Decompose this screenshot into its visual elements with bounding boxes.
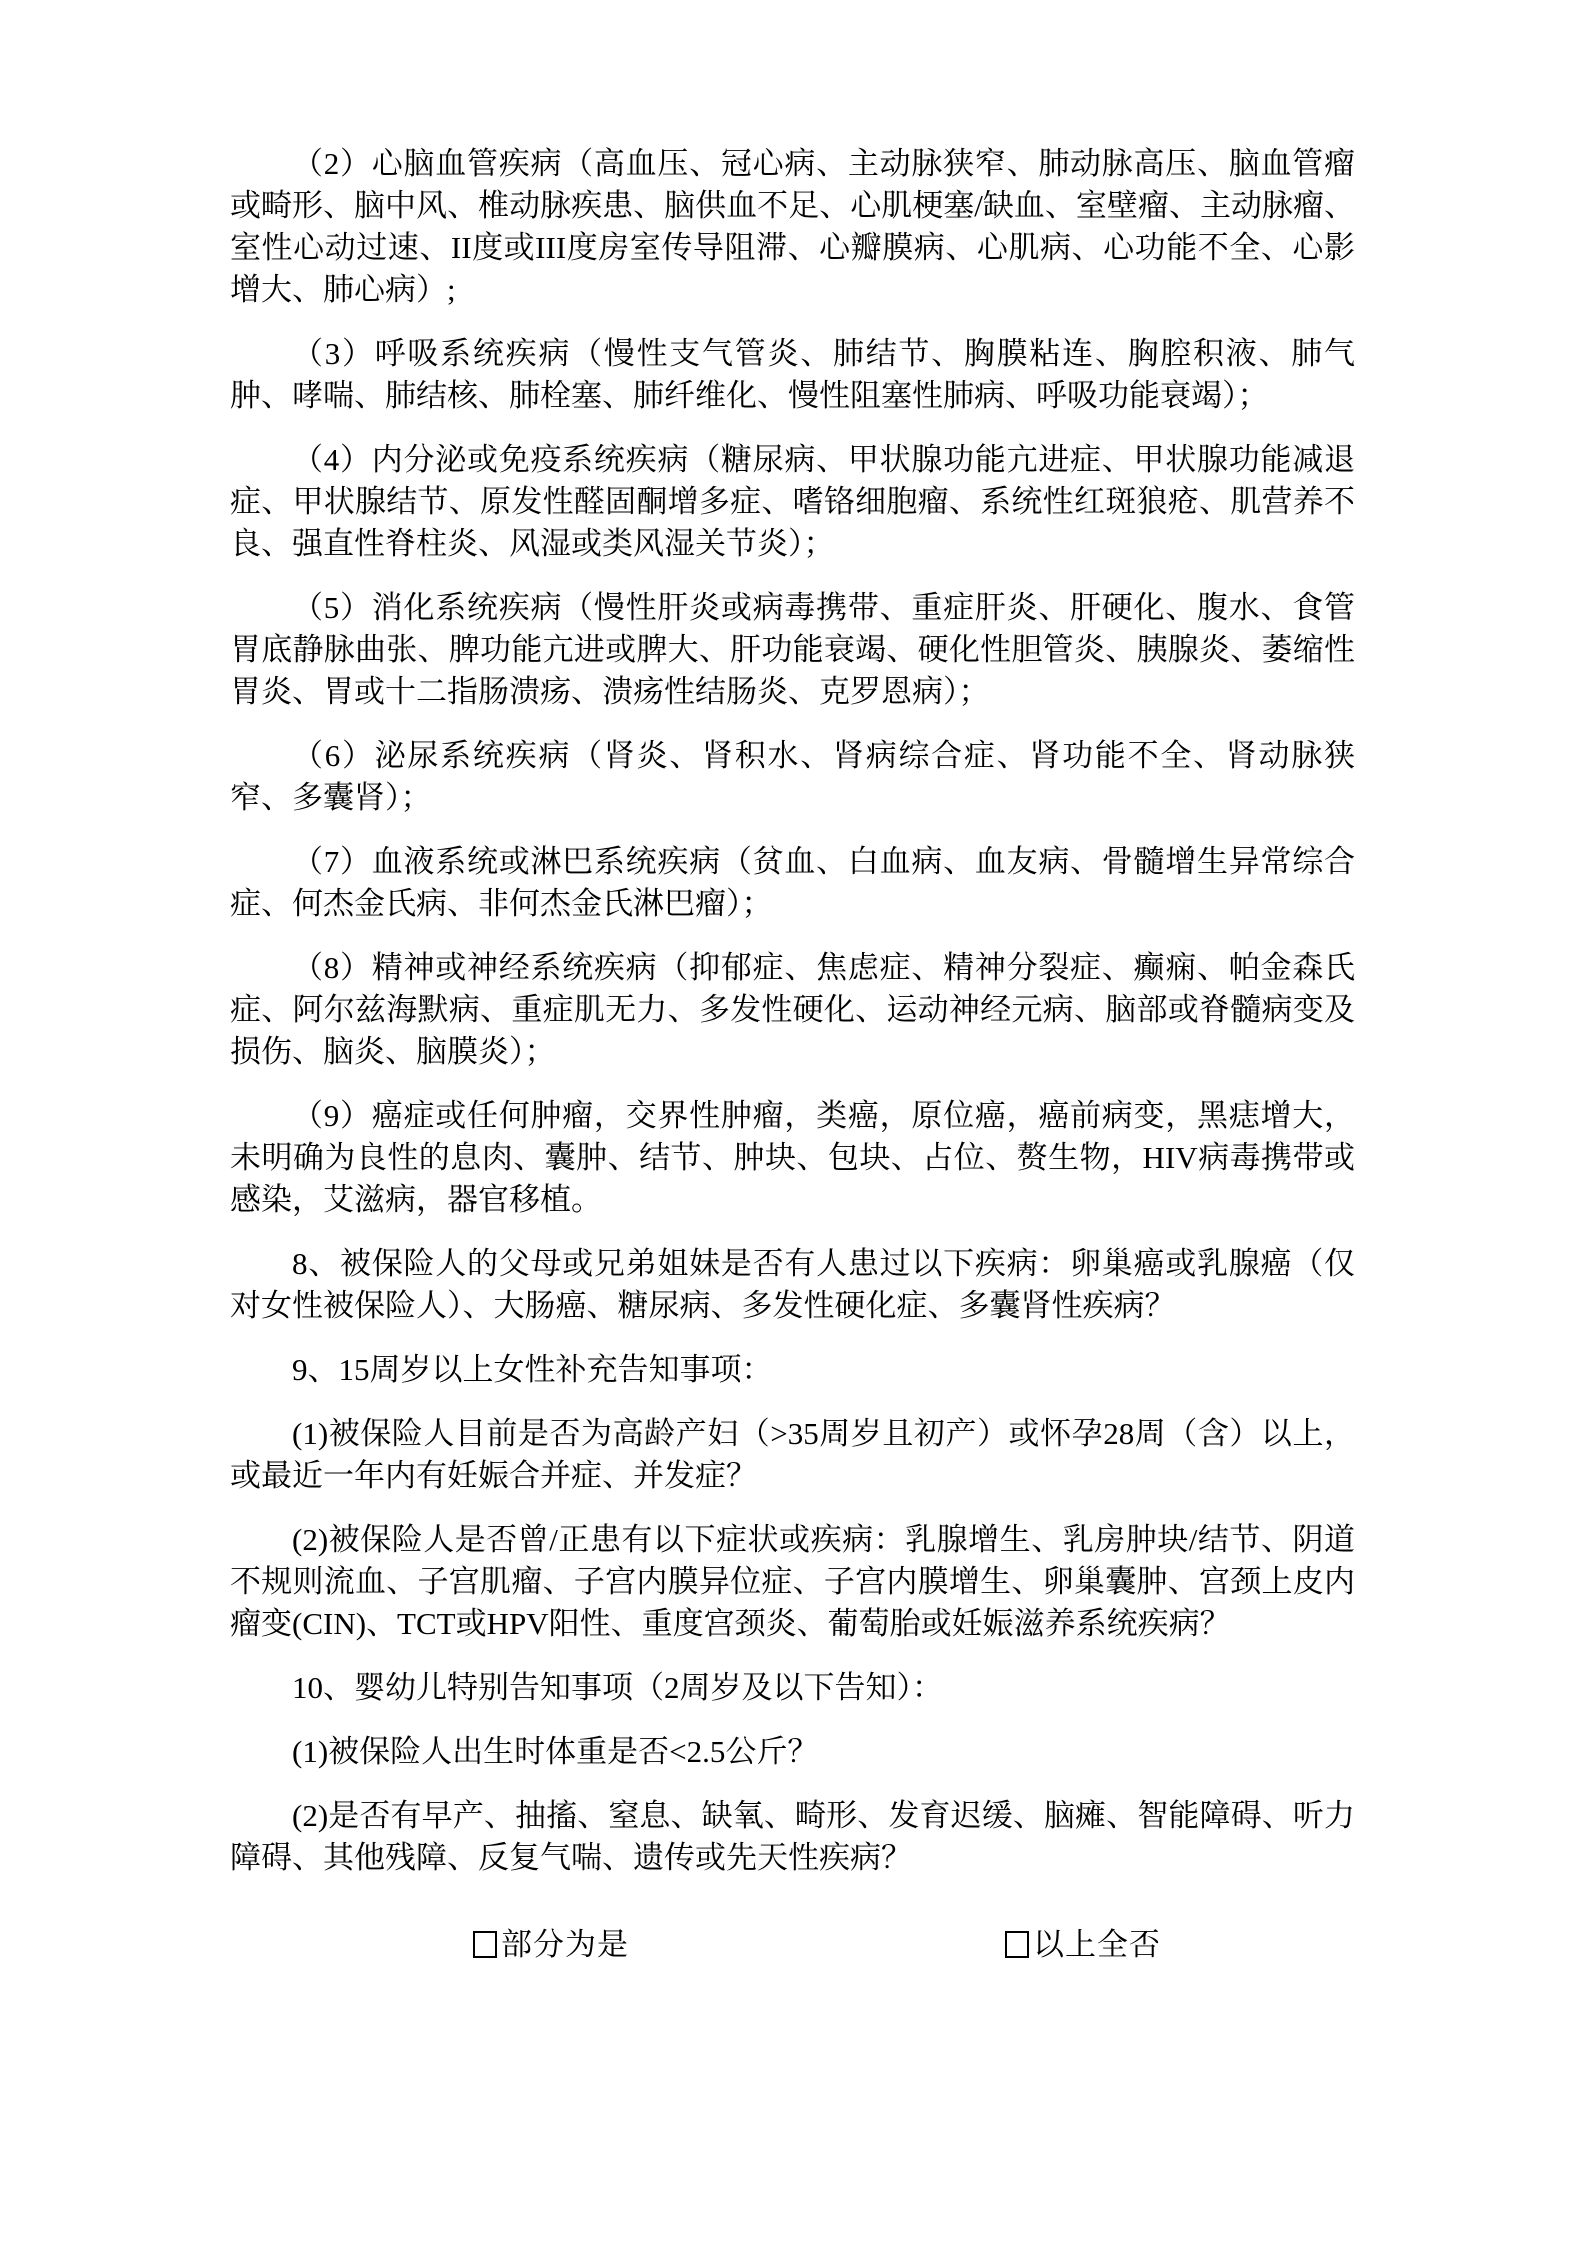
paragraph-cancer-tumor: （9）癌症或任何肿瘤，交界性肿瘤，类癌，原位癌，癌前病变，黑痣增大，未明确为良性… [230, 1095, 1355, 1221]
paragraph-urinary: （6）泌尿系统疾病（肾炎、肾积水、肾病综合症、肾功能不全、肾动脉狭窄、多囊肾）； [230, 735, 1355, 819]
answer-options-row: 部分为是 以上全否 [230, 1924, 1355, 1970]
paragraph-respiratory: （3）呼吸系统疾病（慢性支气管炎、肺结节、胸膜粘连、胸腔积液、肺气肿、哮喘、肺结… [230, 333, 1355, 417]
paragraph-item9-female-heading: 9、15周岁以上女性补充告知事项： [230, 1349, 1355, 1391]
health-disclosure-text: （2）心脑血管疾病（高血压、冠心病、主动脉狭窄、肺动脉高压、脑血管瘤或畸形、脑中… [230, 143, 1355, 1901]
paragraph-cardiovascular: （2）心脑血管疾病（高血压、冠心病、主动脉狭窄、肺动脉高压、脑血管瘤或畸形、脑中… [230, 143, 1355, 311]
checkbox-all-no-icon[interactable] [1005, 1931, 1029, 1958]
paragraph-blood-lymph: （7）血液系统或淋巴系统疾病（贫血、白血病、血友病、骨髓增生异常综合症、何杰金氏… [230, 841, 1355, 925]
paragraph-item10-sub1-birth-weight: (1)被保险人出生时体重是否<2.5公斤？ [230, 1731, 1355, 1773]
paragraph-item9-sub1-pregnancy: (1)被保险人目前是否为高龄产妇（>35周岁且初产）或怀孕28周（含）以上，或最… [230, 1413, 1355, 1497]
paragraph-item10-infant-heading: 10、婴幼儿特别告知事项（2周岁及以下告知）： [230, 1667, 1355, 1709]
checkbox-partial-yes-icon[interactable] [473, 1931, 497, 1958]
option-partial-yes-label: 部分为是 [501, 1927, 629, 1962]
paragraph-item8-family-history: 8、被保险人的父母或兄弟姐妹是否有人患过以下疾病：卵巢癌或乳腺癌（仅对女性被保险… [230, 1243, 1355, 1327]
option-partial-yes[interactable]: 部分为是 [473, 1924, 629, 1966]
option-all-no[interactable]: 以上全否 [1005, 1924, 1161, 1966]
document-page: （2）心脑血管疾病（高血压、冠心病、主动脉狭窄、肺动脉高压、脑血管瘤或畸形、脑中… [0, 0, 1587, 2245]
paragraph-item9-sub2-gynecological: (2)被保险人是否曾/正患有以下症状或疾病：乳腺增生、乳房肿块/结节、阴道不规则… [230, 1519, 1355, 1645]
paragraph-digestive: （5）消化系统疾病（慢性肝炎或病毒携带、重症肝炎、肝硬化、腹水、食管胃底静脉曲张… [230, 587, 1355, 713]
paragraph-mental-neuro: （8）精神或神经系统疾病（抑郁症、焦虑症、精神分裂症、癫痫、帕金森氏症、阿尔兹海… [230, 947, 1355, 1073]
paragraph-endocrine-immune: （4）内分泌或免疫系统疾病（糖尿病、甲状腺功能亢进症、甲状腺功能减退症、甲状腺结… [230, 439, 1355, 565]
paragraph-item10-sub2-congenital: (2)是否有早产、抽搐、窒息、缺氧、畸形、发育迟缓、脑瘫、智能障碍、听力障碍、其… [230, 1795, 1355, 1879]
option-all-no-label: 以上全否 [1033, 1927, 1161, 1962]
